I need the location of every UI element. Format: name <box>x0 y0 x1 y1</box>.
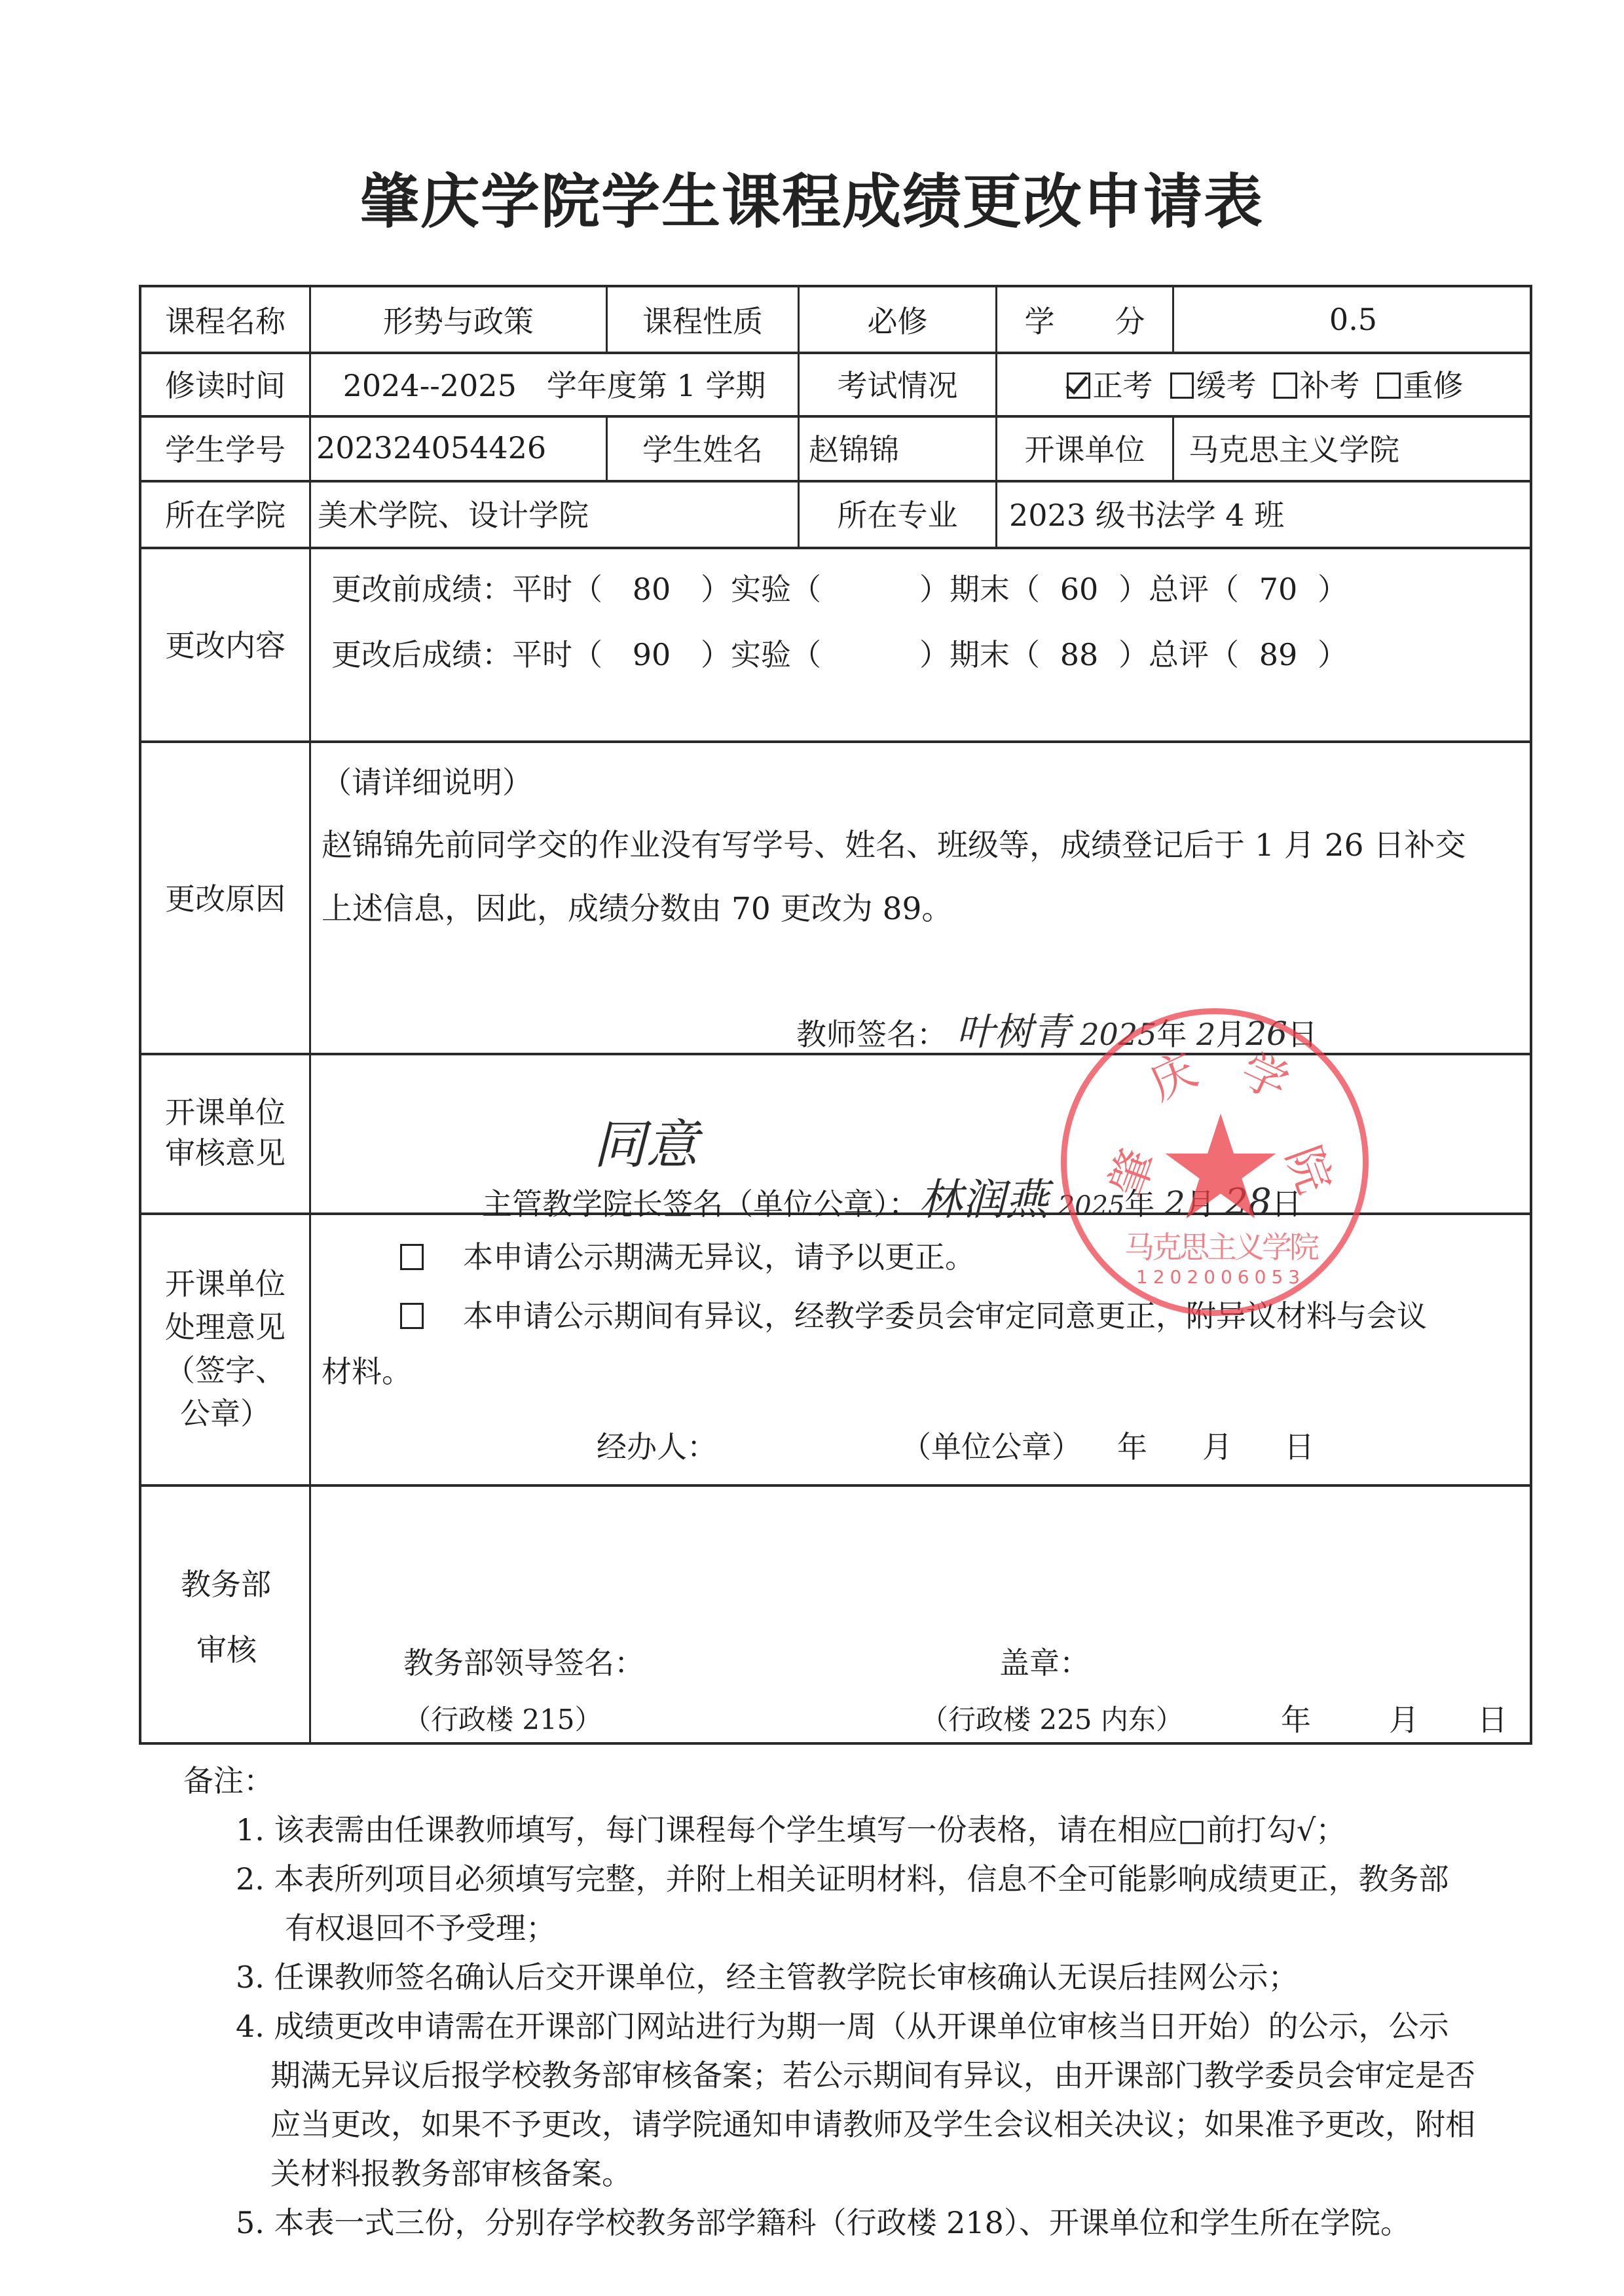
note-continuation: 期满无异议后报学校教务部审核备案；若公示期间有异议，由开课部门教学委员会审定是否 <box>187 2051 1562 2100</box>
unit-process-label: 开课单位 处理意见 （签字、 公章） <box>141 1212 309 1484</box>
teacher-sign-label: 教师签名： <box>796 1017 947 1052</box>
course-name-value: 形势与政策 <box>311 287 606 352</box>
checkbox-icon[interactable] <box>1274 373 1297 399</box>
note-line: 本表所列项目必须填写完整，并附上相关证明材料，信息不全可能影响成绩更正，教务部 <box>274 1861 1449 1897</box>
student-name-value: 赵锦锦 <box>800 415 995 480</box>
affairs-year: 年 <box>1281 1696 1311 1740</box>
before-prefix: 更改前成绩： <box>331 572 512 607</box>
option-label: 正考 <box>1093 368 1153 403</box>
note-number: 2. <box>236 1861 265 1897</box>
process-year: 年 <box>1117 1423 1147 1467</box>
option-text: 本申请公示期间有异议，经教学委员会审定同意更正，附异议材料与会议 <box>463 1298 1427 1334</box>
before-usual-score: 80 <box>602 572 701 607</box>
note-item: 4. 成绩更改申请需在开课部门网站进行为期一周（从开课单位审核当日开始）的公示，… <box>187 2002 1562 2051</box>
seal-location: （行政楼 225 内东） <box>921 1698 1183 1738</box>
checkbox-icon[interactable] <box>1377 373 1401 399</box>
form-title: 肇庆学院学生课程成绩更改申请表 <box>0 154 1624 239</box>
note-item: 3. 任课教师签名确认后交开课单位，经主管教学院长审核确认无误后挂网公示； <box>187 1953 1562 2002</box>
checkbox-icon[interactable] <box>400 1303 424 1329</box>
note-number: 1. <box>236 1812 265 1848</box>
usual-label: 平时（ <box>512 637 602 672</box>
note-item: 2. 本表所列项目必须填写完整，并附上相关证明材料，信息不全可能影响成绩更正，教… <box>187 1855 1562 1904</box>
label-line: 开课单位 <box>165 1262 286 1305</box>
affairs-day: 日 <box>1477 1696 1507 1740</box>
affairs-month: 月 <box>1389 1696 1419 1740</box>
final-label: ）期末（ <box>919 637 1040 672</box>
exam-status-options: 正考 缓考 补考 重修 <box>997 352 1532 415</box>
star-icon: ★ <box>1149 1099 1293 1237</box>
process-option-objection-cont: 材料。 <box>322 1348 412 1391</box>
after-prefix: 更改后成绩： <box>331 637 512 672</box>
official-seal-stamp: 肇 庆 学 院 ★ 马克思主义学院 1202006053 <box>1061 1008 1369 1316</box>
teacher-signature: 叶树青 <box>957 1010 1071 1054</box>
note-continuation: 应当更改，如果不予更改，请学院通知申请教师及学生会议相关决议；如果准予更改，附相 <box>187 2100 1562 2149</box>
handler-label: 经办人： <box>597 1423 717 1467</box>
unit-seal-label: （单位公章） <box>901 1423 1082 1467</box>
total-label: ）总评（ <box>1118 637 1239 672</box>
before-total-score: 70 <box>1239 572 1318 607</box>
dean-signature: 林润燕 <box>919 1175 1048 1225</box>
credit-label: 学 分 <box>997 287 1172 352</box>
stamp-bottom-text: 马克思主义学院 <box>1119 1224 1322 1267</box>
after-usual-score: 90 <box>602 637 701 672</box>
label-line: 开课单位 <box>165 1092 286 1133</box>
checkbox-checked-icon[interactable] <box>1067 373 1090 399</box>
application-form-table: 课程名称 形势与政策 课程性质 必修 学 分 0.5 修读时间 2024--20… <box>139 285 1532 1745</box>
option-label: 缓考 <box>1196 368 1257 403</box>
label-line: 审核意见 <box>165 1133 286 1173</box>
note-line: 任课教师签名确认后交开课单位，经主管教学院长审核确认无误后挂网公示； <box>274 1959 1299 1995</box>
exam-option-regular[interactable]: 正考 <box>1067 362 1153 405</box>
credit-value: 0.5 <box>1174 287 1532 352</box>
note-item: 5. 本表一式三份，分别存学校教务部学籍科（行政楼 218）、开课单位和学生所在… <box>187 2198 1562 2248</box>
notes-section: 备注： 1. 该表需由任课教师填写，每门课程每个学生填写一份表格，请在相应□前打… <box>187 1757 1562 2248</box>
label-line: 公章） <box>180 1392 270 1435</box>
study-time-label: 修读时间 <box>141 352 309 415</box>
option-label: 重修 <box>1403 368 1464 403</box>
note-continuation: 有权退回不予受理； <box>187 1904 1562 1953</box>
reason-text-line1: 赵锦锦先前同学交的作业没有写学号、姓名、班级等，成绩登记后于 1 月 26 日补… <box>322 821 1466 865</box>
notes-heading: 备注： <box>183 1757 1562 1806</box>
course-type-label: 课程性质 <box>608 287 798 352</box>
leader-location: （行政楼 215） <box>403 1698 602 1738</box>
process-option-no-objection: 本申请公示期满无异议，请予以更正。 <box>400 1233 975 1277</box>
seal-label: 盖章： <box>999 1639 1090 1683</box>
process-day: 日 <box>1284 1423 1314 1467</box>
checkbox-icon[interactable] <box>400 1244 424 1270</box>
after-total-score: 89 <box>1239 637 1318 672</box>
leader-sign-label: 教务部领导签名： <box>403 1639 644 1683</box>
exam-option-retake[interactable]: 重修 <box>1377 362 1464 405</box>
note-number: 4. <box>236 2009 265 2044</box>
grades-before-line: 更改前成绩：平时（80）实验（）期末（60）总评（70） <box>331 566 1348 609</box>
student-id-label: 学生学号 <box>141 415 309 480</box>
grades-after-line: 更改后成绩：平时（90）实验（）期末（88）总评（89） <box>331 631 1348 674</box>
usual-label: 平时（ <box>512 572 602 607</box>
course-type-value: 必修 <box>800 287 995 352</box>
exam-option-deferred[interactable]: 缓考 <box>1170 362 1257 405</box>
academic-affairs-label-line1: 教务部 <box>181 1561 271 1604</box>
close-paren: ） <box>1318 637 1348 672</box>
reason-hint: （请详细说明） <box>322 759 532 802</box>
note-item: 1. 该表需由任课教师填写，每门课程每个学生填写一份表格，请在相应□前打勾√； <box>187 1806 1562 1855</box>
note-line: 本表一式三份，分别存学校教务部学籍科（行政楼 218）、开课单位和学生所在学院。 <box>274 2205 1411 2240</box>
lab-label: ）实验（ <box>701 637 821 672</box>
college-label: 所在学院 <box>141 480 309 547</box>
exam-option-makeup[interactable]: 补考 <box>1274 362 1360 405</box>
process-month: 月 <box>1202 1423 1232 1467</box>
academic-affairs-label-line2: 审核 <box>196 1626 257 1669</box>
option-text: 本申请公示期满无异议，请予以更正。 <box>463 1239 975 1275</box>
lab-label: ）实验（ <box>701 572 821 607</box>
exam-status-label: 考试情况 <box>800 352 995 415</box>
close-paren: ） <box>1318 572 1348 607</box>
row-divider <box>141 547 1532 549</box>
study-time-value: 2024--2025 学年度第 1 学期 <box>311 352 798 415</box>
note-number: 5. <box>236 2205 265 2240</box>
dean-sign-label: 主管教学院长签名（单位公章）： <box>482 1186 919 1222</box>
row-divider <box>141 740 1532 743</box>
stamp-code: 1202006053 <box>1126 1266 1316 1288</box>
unit-review-label: 开课单位 审核意见 <box>141 1053 309 1212</box>
option-label: 补考 <box>1300 368 1360 403</box>
note-continuation: 关材料报教务部审核备案。 <box>187 2149 1562 2198</box>
major-value: 2023 级书法学 4 班 <box>997 480 1532 547</box>
teaching-unit-label: 开课单位 <box>997 415 1172 480</box>
major-label: 所在专业 <box>800 480 995 547</box>
final-label: ）期末（ <box>919 572 1040 607</box>
student-name-label: 学生姓名 <box>608 415 798 480</box>
note-line: 该表需由任课教师填写，每门课程每个学生填写一份表格，请在相应□前打勾√； <box>274 1812 1346 1848</box>
before-final-score: 60 <box>1040 572 1118 607</box>
label-line: 处理意见 <box>165 1305 286 1349</box>
after-final-score: 88 <box>1040 637 1118 672</box>
reason-text-line2: 上述信息，因此，成绩分数由 70 更改为 89。 <box>322 884 952 928</box>
college-value: 美术学院、设计学院 <box>311 480 798 547</box>
change-content-label: 更改内容 <box>141 547 309 740</box>
row-divider <box>141 1484 1532 1487</box>
change-reason-label: 更改原因 <box>141 740 309 1053</box>
checkbox-icon[interactable] <box>1170 373 1194 399</box>
label-line: （签字、 <box>165 1349 286 1392</box>
note-number: 3. <box>236 1959 265 1995</box>
course-name-label: 课程名称 <box>141 287 309 352</box>
note-line: 成绩更改申请需在开课部门网站进行为期一周（从开课单位审核当日开始）的公示，公示 <box>274 2009 1449 2044</box>
student-id-value: 202324054426 <box>311 415 606 480</box>
total-label: ）总评（ <box>1118 572 1239 607</box>
teaching-unit-value: 马克思主义学院 <box>1174 415 1532 480</box>
